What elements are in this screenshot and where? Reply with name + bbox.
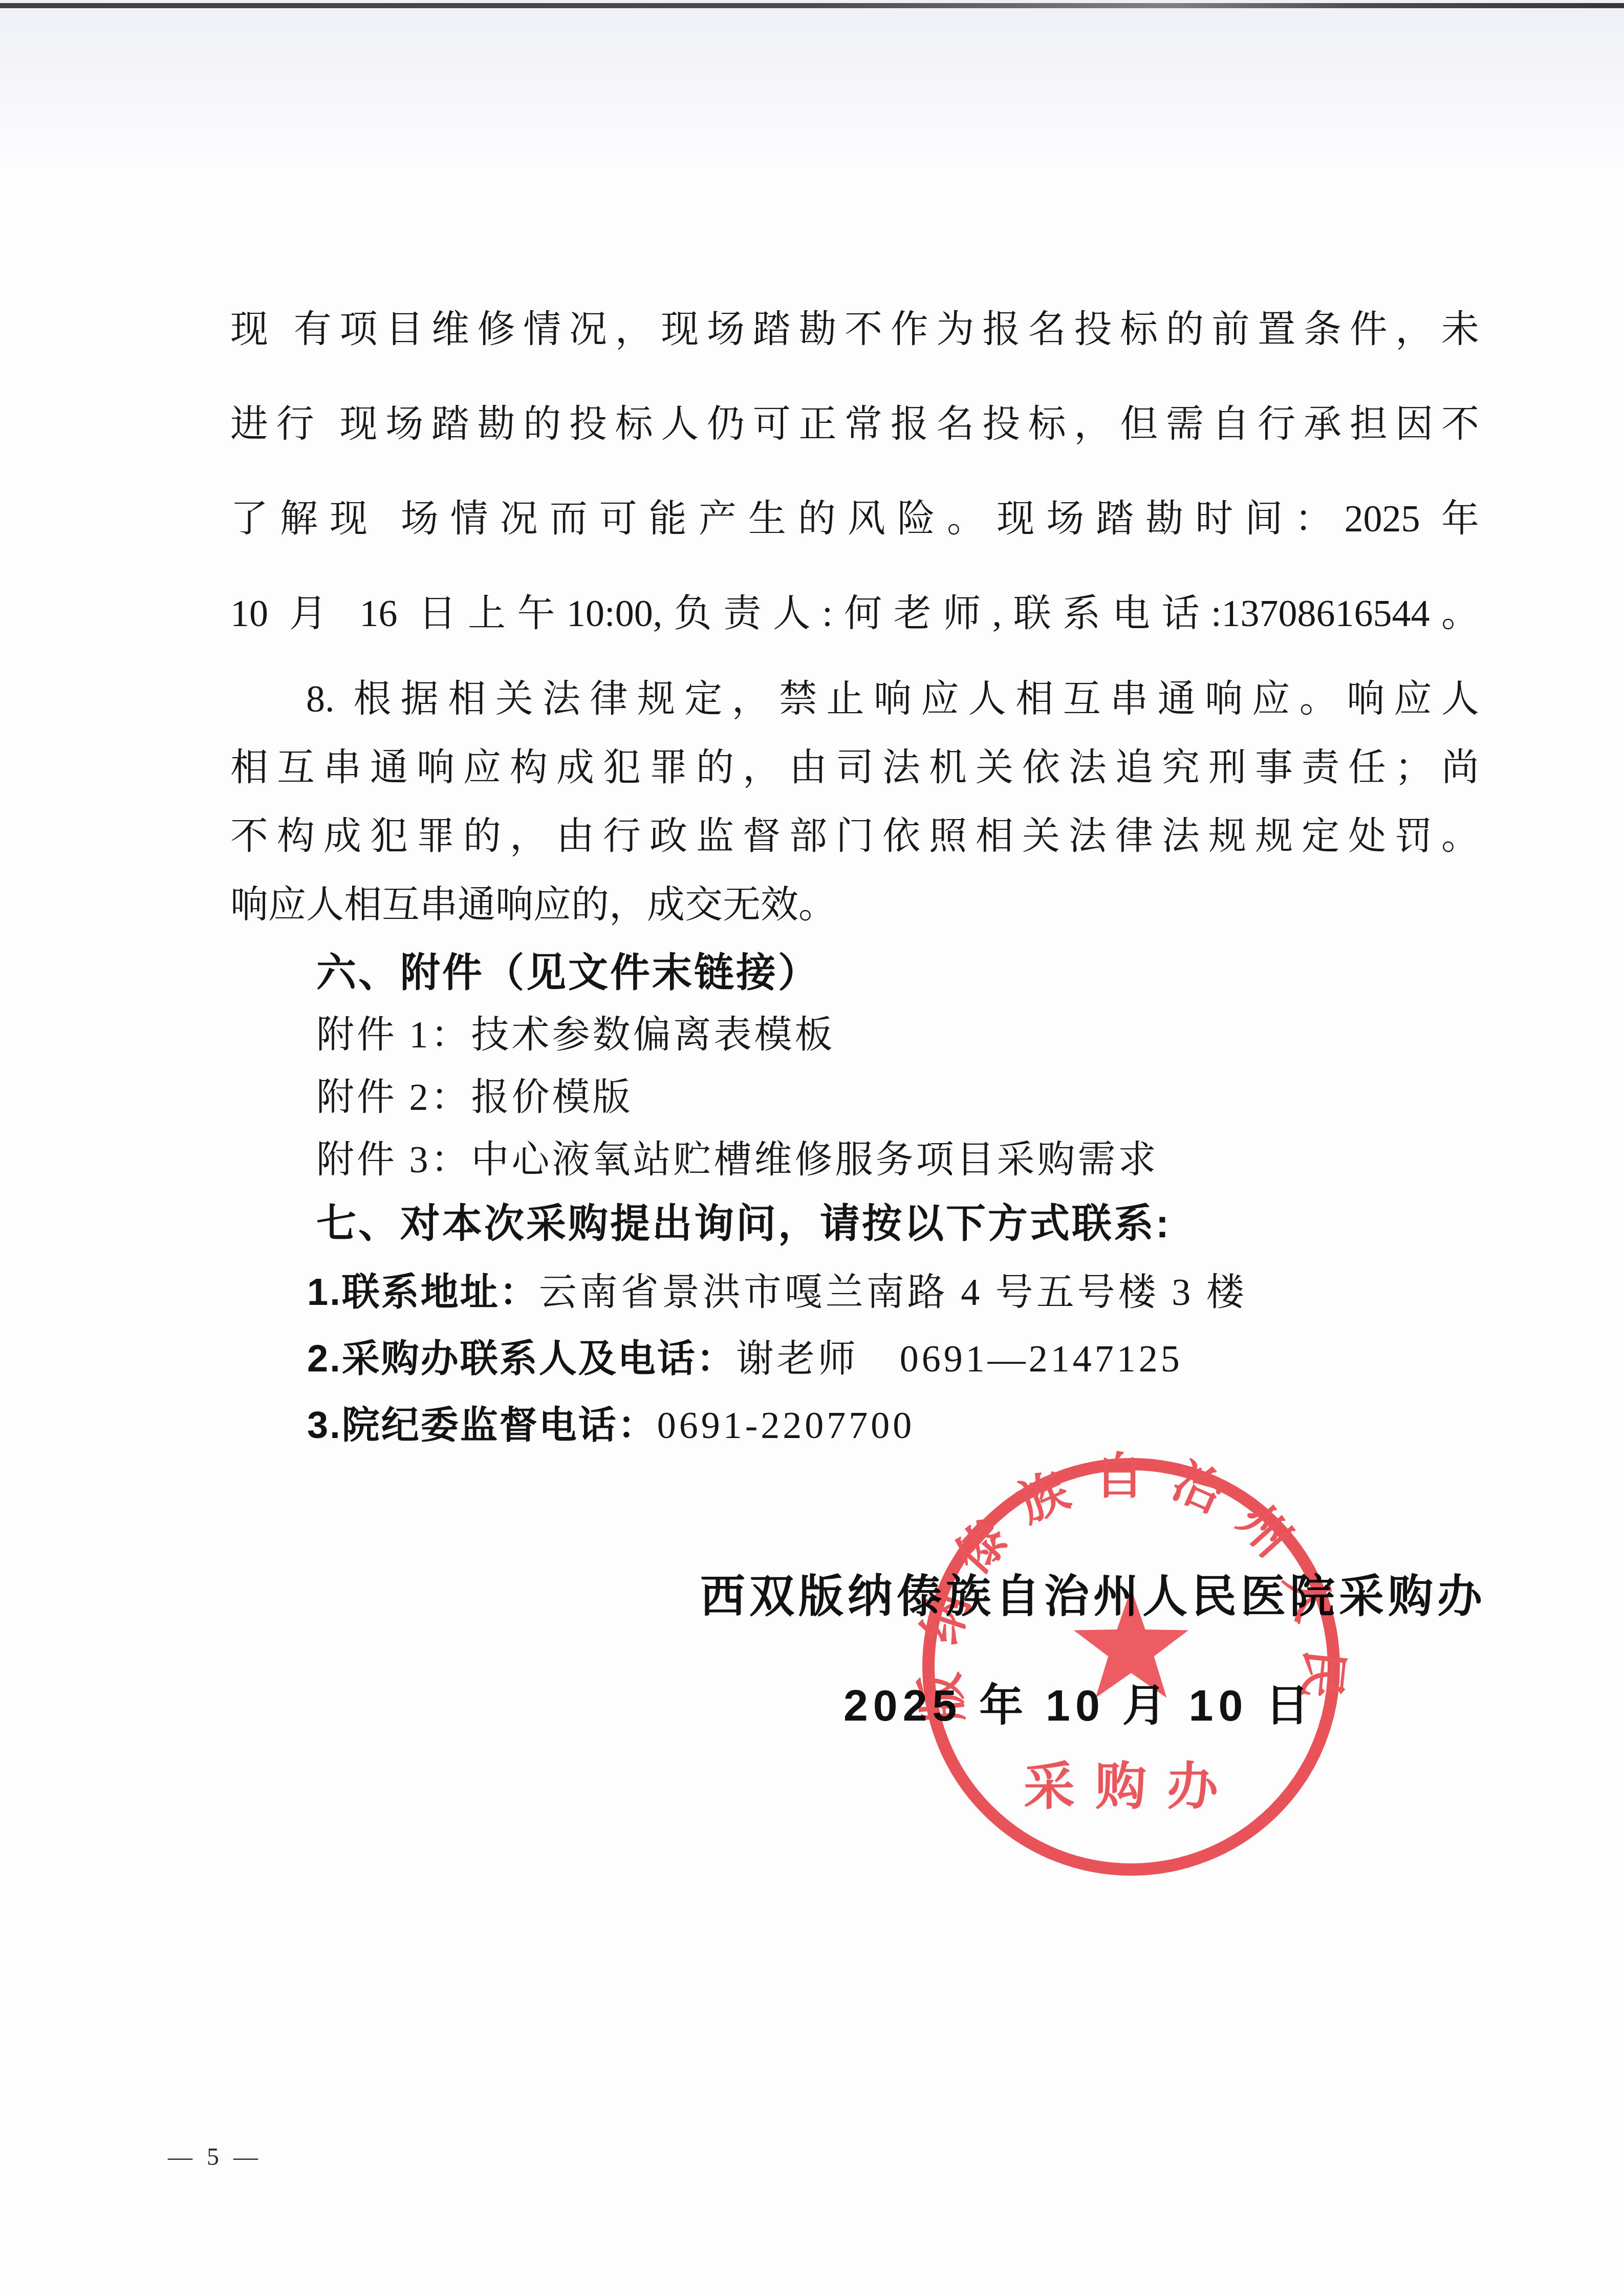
- page-number: — 5 —: [168, 2143, 262, 2171]
- scan-shading-band: [0, 0, 1624, 169]
- contact-address-row: 1.联系地址：云南省景洪市嘎兰南路 4 号五号楼 3 楼: [307, 1268, 1247, 1317]
- section6-heading: 六、附件（见文件末链接）: [316, 948, 820, 998]
- contact-supervision-phone-label: 3.院纪委监督电话：: [307, 1404, 657, 1446]
- clause8-line-2: 相互串通响应构成犯罪的，由司法机关依法追究刑事责任；尚: [230, 743, 1479, 793]
- clause8-line-4: 响应人相互串通响应的，成交无效。: [230, 881, 1479, 931]
- contact-office-phone-row: 2.采购办联系人及电话：谢老师 0691—2147125: [307, 1334, 1183, 1384]
- paragraph-survey-line-2: 进行 现场踏勘的投标人仍可正常报名投标，但需自行承担因不: [230, 400, 1479, 450]
- signature-organization: 西双版纳傣族自治州人民医院采购办: [700, 1560, 1486, 1625]
- scan-edge-line: [0, 3, 1624, 8]
- paragraph-survey-line-3: 了解现 场情况而可能产生的风险。现场踏勘时间：2025 年: [230, 495, 1479, 545]
- contact-supervision-phone-row: 3.院纪委监督电话：0691-2207700: [307, 1401, 915, 1450]
- official-seal: 西双版纳傣族自治州人民医院 采购办: [911, 1447, 1351, 1887]
- contact-address-value: 云南省景洪市嘎兰南路 4 号五号楼 3 楼: [539, 1272, 1247, 1314]
- paragraph-survey-line-4: 10 月 16 日上午10:00,负责人:何老师,联系电话:1370861654…: [230, 589, 1479, 639]
- contact-address-label: 1.联系地址：: [307, 1271, 539, 1313]
- contact-office-phone-value: 谢老师 0691—2147125: [736, 1338, 1183, 1380]
- clause8-line-3: 不构成犯罪的，由行政监督部门依照相关法律法规规定处罚。: [230, 812, 1479, 862]
- attachment-3: 附件 3：中心液氧站贮槽维修服务项目采购需求: [316, 1135, 1159, 1185]
- signature-date: 2025 年 10 月 10 日: [843, 1670, 1314, 1733]
- seal-ring: [928, 1464, 1334, 1870]
- contact-supervision-phone-value: 0691-2207700: [657, 1405, 915, 1447]
- clause8-line-1: 8. 根据相关法律规定，禁止响应人相互串通响应。响应人: [230, 675, 1479, 725]
- section7-heading: 七、对本次采购提出询问，请按以下方式联系:: [316, 1199, 1171, 1249]
- seal-bottom-text: 采购办: [1024, 1758, 1239, 1815]
- paragraph-survey-line-1: 现 有项目维修情况，现场踏勘不作为报名投标的前置条件，未: [230, 305, 1479, 355]
- attachment-2: 附件 2：报价模版: [316, 1073, 633, 1122]
- attachment-1: 附件 1：技术参数偏离表模板: [316, 1011, 835, 1060]
- contact-office-phone-label: 2.采购办联系人及电话：: [307, 1337, 736, 1380]
